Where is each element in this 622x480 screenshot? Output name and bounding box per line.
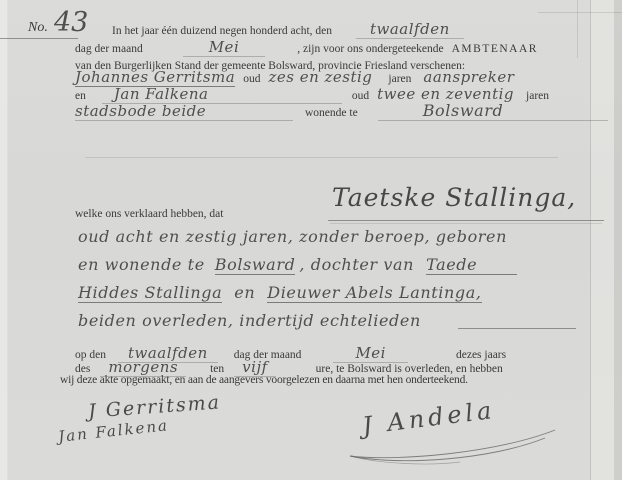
deceased-name-written: Taetske Stallinga,: [332, 184, 576, 212]
section-separator-rule: [85, 157, 558, 158]
declarant2-name-written: Jan Falkena: [102, 86, 342, 104]
declaration-intro: welke ons verklaard hebben, dat: [75, 204, 223, 222]
intro-line4-oud: oud: [243, 73, 260, 85]
declarant2-occupation-written: stadsbode beide: [75, 103, 293, 121]
top-right-faint-line: [538, 12, 622, 13]
intro-line5-oud: oud: [352, 90, 369, 102]
intro-line2-ambtenaar: AMBTENAAR: [452, 43, 538, 55]
death-certificate-scan: No. 43 In het jaar één duizend negen hon…: [0, 0, 622, 480]
declaration-line3-b: , dochter van: [299, 255, 414, 274]
signature-flourish: [340, 426, 570, 470]
intro-line-6: stadsbode beide wonende te Bolsward: [75, 102, 608, 121]
page-corner-line: [577, 0, 578, 58]
intro-line2-printed-b: , zijn voor ons ondergeteekende: [297, 43, 443, 55]
declaration-line3-a: en wonende te: [78, 255, 205, 274]
declarant1-occupation-written: aanspreker: [423, 68, 514, 86]
intro-line4-jaren: jaren: [388, 73, 411, 85]
declarant1-age-written: zes en zestig: [268, 68, 372, 86]
deceased-name-underline-2: [330, 223, 602, 224]
declaration-line-3: en wonende te Bolsward , dochter van Tae…: [78, 256, 517, 275]
act-number-underline: [0, 38, 78, 39]
intro-line-4: Johannes Gerritsma oud zes en zestig jar…: [75, 69, 514, 87]
intro-line5-jaren: jaren: [526, 90, 549, 102]
intro-line5-en: en: [75, 90, 86, 102]
deceased-name-underline-1: [328, 220, 604, 221]
act-number-value: 43: [54, 8, 88, 38]
declaration-line-4: Hiddes Stallinga en Dieuwer Abels Lantin…: [78, 284, 482, 303]
deceased-birthplace-written: Bolsward: [215, 255, 296, 275]
act-number-label: No.: [28, 20, 48, 35]
intro-line-1: In het jaar één duizend negen honderd ac…: [112, 21, 464, 39]
declaration-line-2: oud acht en zestig jaren, zonder beroep,…: [78, 228, 507, 246]
death-line-3: wij deze akte opgemaakt, en aan de aange…: [60, 374, 468, 387]
intro-line-2: dag der maand Mei , zijn voor ons onderg…: [75, 39, 538, 57]
father-first-name-written: Taede: [426, 255, 517, 275]
intro-line6-wonende-te: wonende te: [305, 107, 358, 119]
intro-line1-printed: In het jaar één duizend negen honderd ac…: [112, 25, 332, 37]
intro-line2-printed-a: dag der maand: [75, 43, 143, 55]
declarants-residence-written: Bolsward: [378, 102, 608, 121]
mother-name-written: Dieuwer Abels Lantinga,: [267, 283, 481, 303]
father-rest-name-written: Hiddes Stallinga: [78, 283, 222, 303]
month-written: Mei: [183, 39, 266, 57]
declaration-printed-intro: welke ons verklaard hebben, dat: [75, 208, 223, 220]
declaration-line4-en: en: [234, 283, 255, 302]
day-written: twaalfden: [356, 21, 464, 39]
declaration-line-5: beiden overleden, indertijd echtelieden: [78, 312, 421, 330]
scan-left-edge: [0, 0, 8, 480]
declaration-trailing-rule: [458, 328, 576, 329]
fold-right-strip: [591, 0, 614, 480]
scan-right-edge: [614, 0, 622, 480]
